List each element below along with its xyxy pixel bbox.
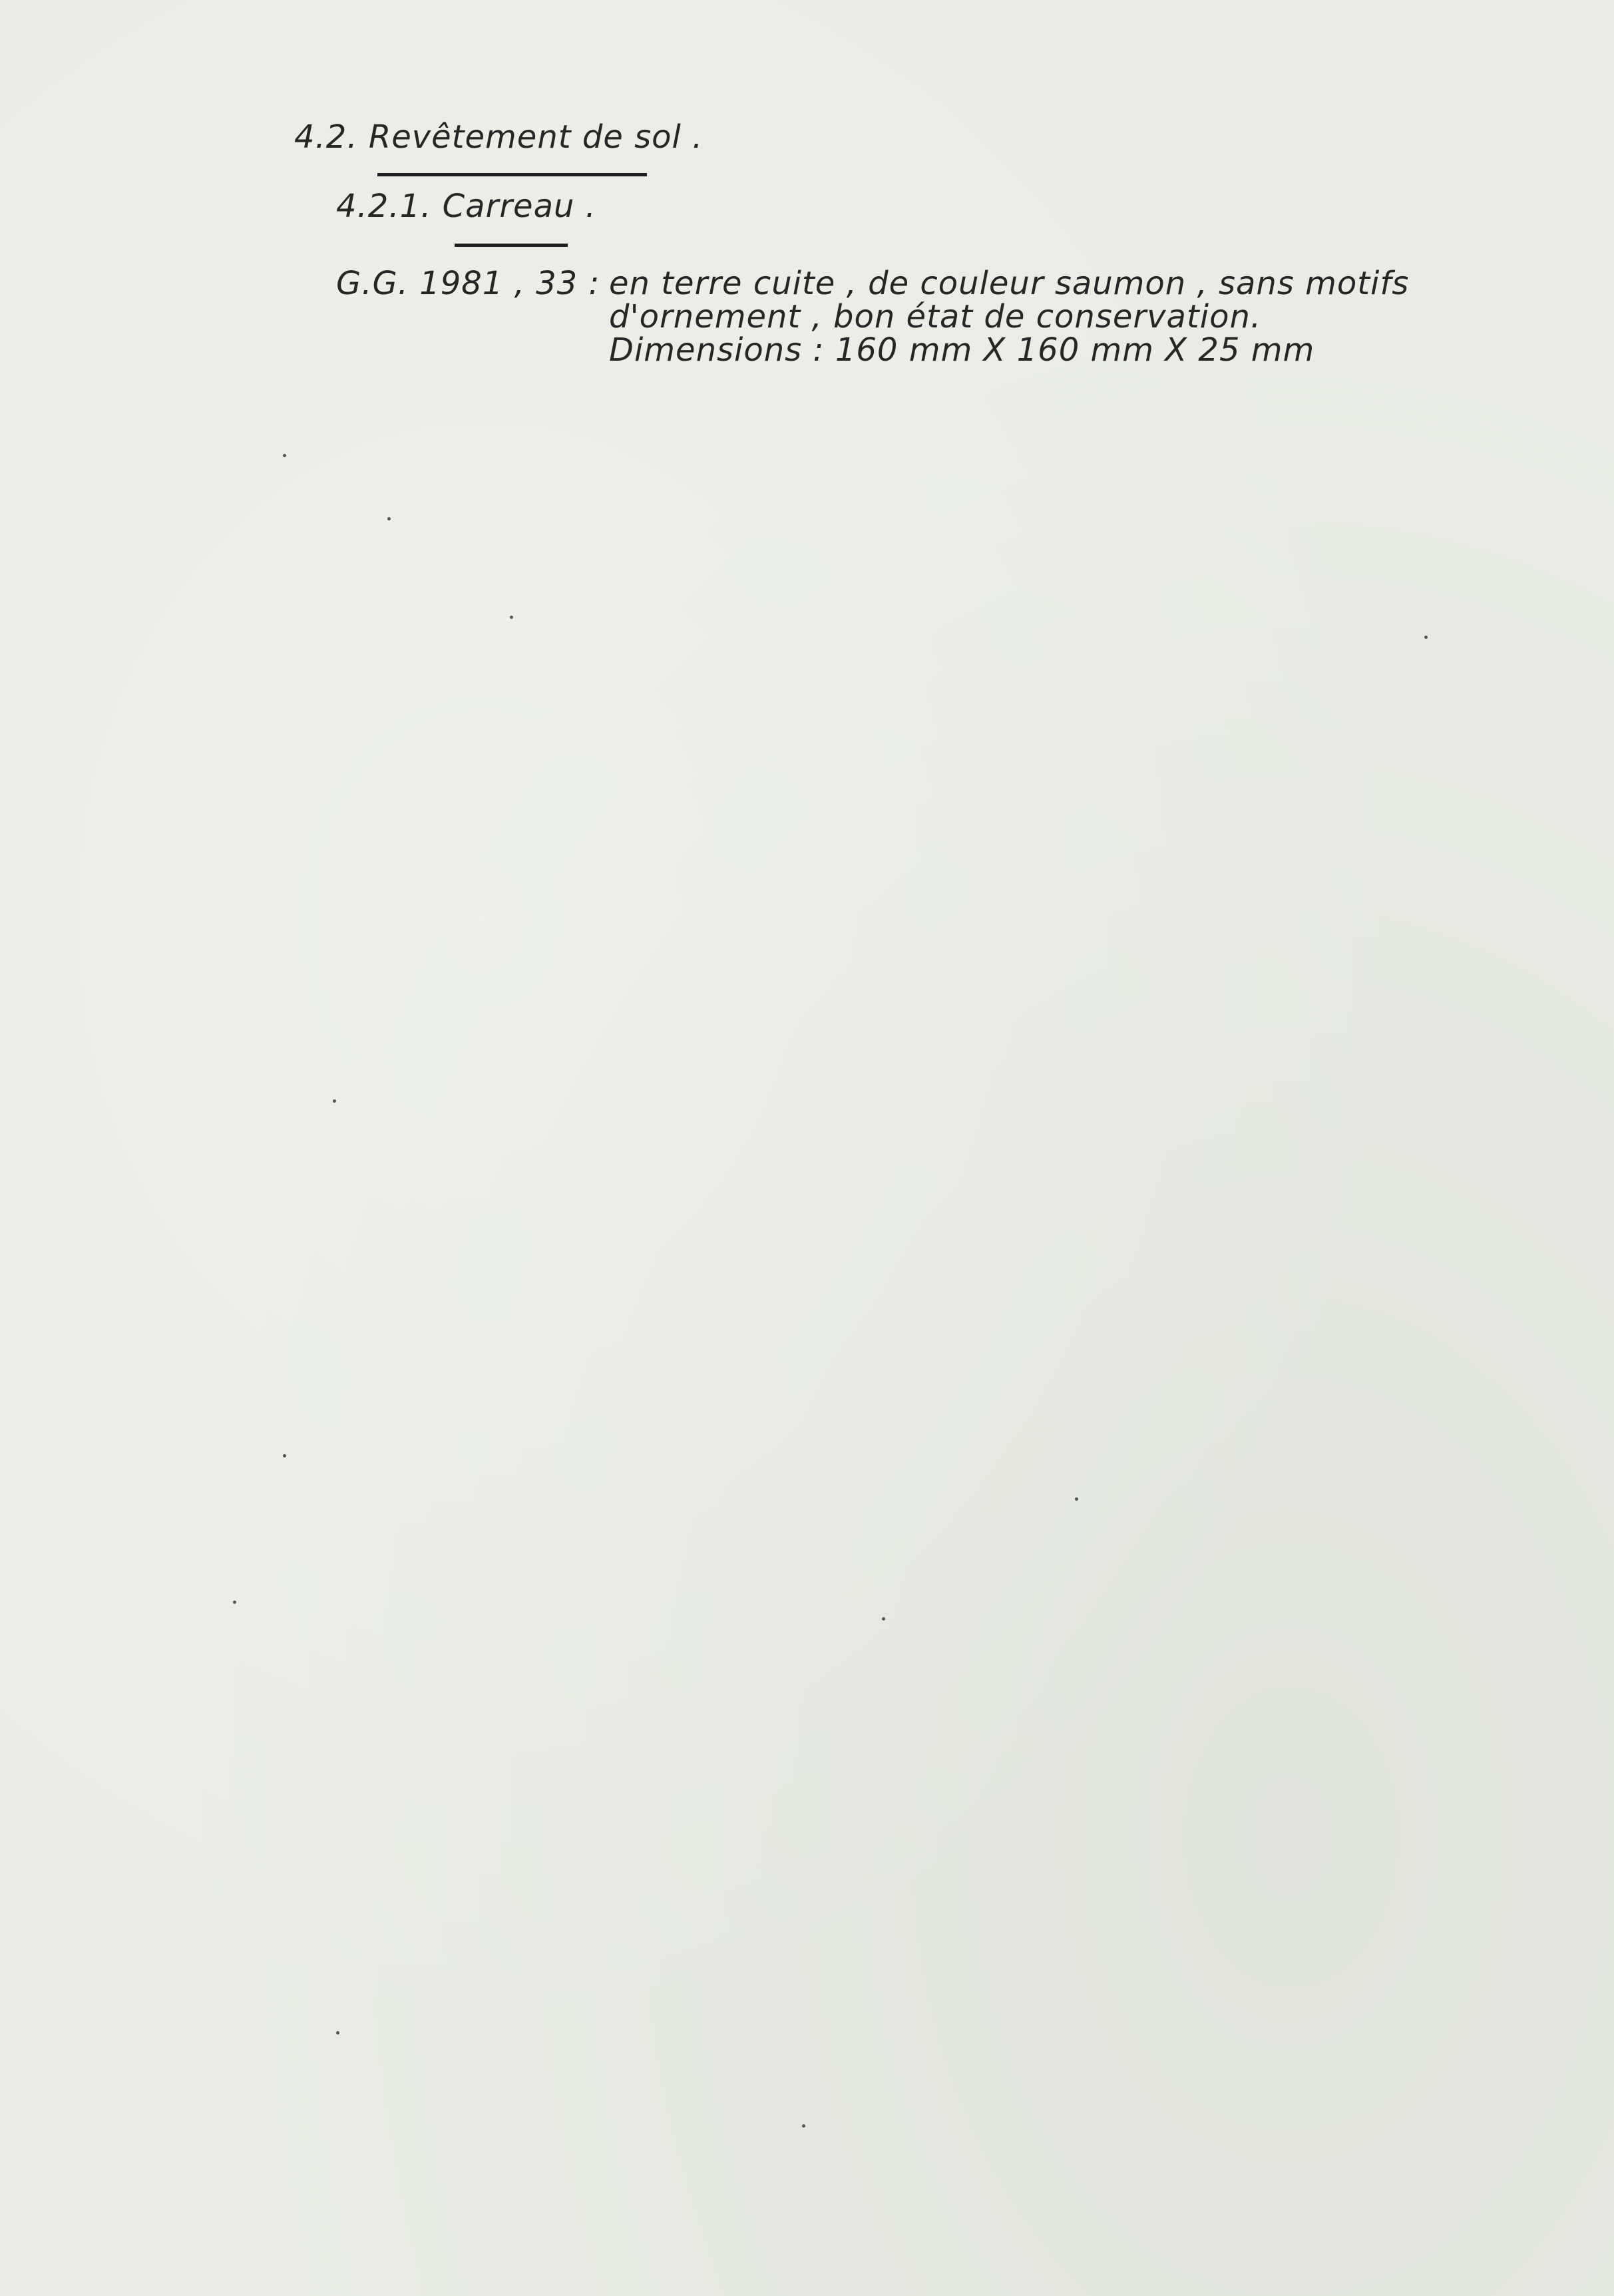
- scan-speck: [802, 2124, 805, 2128]
- scan-speck: [283, 454, 286, 457]
- subsection-heading: 4.2.1. Carreau .: [336, 188, 596, 225]
- entry-description-line: en terre cuite , de couleur saumon , san…: [609, 265, 1409, 302]
- scan-speck: [1424, 636, 1428, 639]
- subsection-heading-underline: [455, 244, 568, 247]
- entry-reference: G.G. 1981 , 33 :: [336, 265, 600, 302]
- scan-speck: [1075, 1497, 1078, 1501]
- entry-dimensions-line: Dimensions : 160 mm X 160 mm X 25 mm: [609, 331, 1314, 369]
- entry-description-line: d'ornement , bon état de conservation.: [609, 298, 1261, 335]
- scan-speck: [387, 517, 391, 520]
- scanned-page: 4.2. Revêtement de sol . 4.2.1. Carreau …: [0, 0, 1614, 2296]
- section-heading-underline: [377, 173, 647, 176]
- scan-speck: [510, 616, 513, 619]
- scan-speck: [336, 2031, 339, 2034]
- section-heading: 4.2. Revêtement de sol .: [294, 118, 703, 156]
- scan-speck: [882, 1617, 885, 1621]
- scan-speck: [333, 1099, 336, 1103]
- scan-speck: [283, 1454, 286, 1457]
- scan-speck: [233, 1601, 236, 1604]
